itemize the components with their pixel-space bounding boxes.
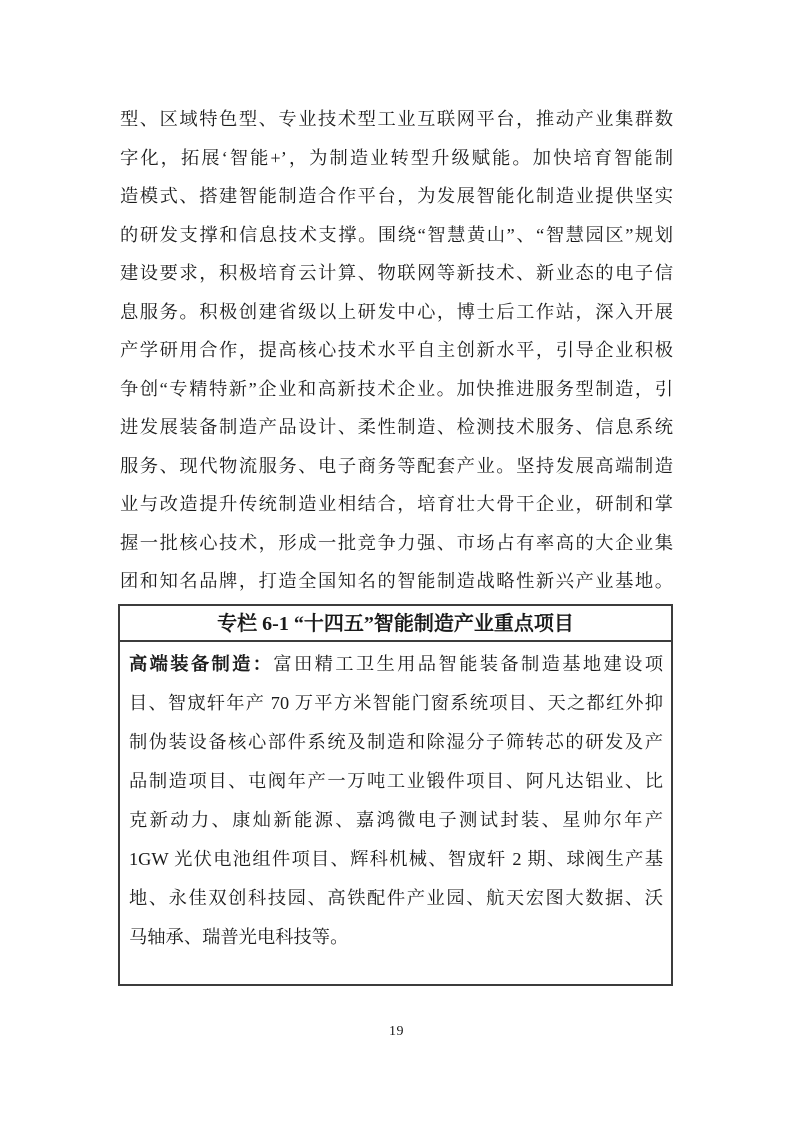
feature-box: 专栏 6-1 “十四五”智能制造产业重点项目 高端装备制造：富田精工卫生用品智能… bbox=[118, 604, 673, 986]
text-line: 克新动力、康灿新能源、嘉鸿微电子测试封装、星帅尔年产 bbox=[129, 801, 663, 840]
box-first-line-rest: 富田精工卫生用品智能装备制造基地建设项 bbox=[273, 654, 663, 674]
text-line: 制伪装设备核心部件系统及制造和除湿分子筛转芯的研发及产 bbox=[129, 723, 663, 762]
text-line: 进发展装备制造产品设计、柔性制造、检测技术服务、信息系统 bbox=[120, 408, 673, 447]
page-number: 19 bbox=[0, 1024, 793, 1040]
text-line: 的研发支撑和信息技术支撑。围绕“智慧黄山”、“智慧园区”规划 bbox=[120, 216, 673, 255]
text-line: 建设要求，积极培育云计算、物联网等新技术、新业态的电子信 bbox=[120, 254, 673, 293]
text-line: 造模式、搭建智能制造合作平台，为发展智能化制造业提供坚实 bbox=[120, 177, 673, 216]
text-line: 地、永佳双创科技园、高铁配件产业园、航天宏图大数据、沃 bbox=[129, 879, 663, 918]
text-line: 争创“专精特新”企业和高新技术企业。加快推进服务型制造，引 bbox=[120, 370, 673, 409]
text-line: 产学研用合作，提高核心技术水平自主创新水平，引导企业积极 bbox=[120, 331, 673, 370]
text-line: 服务、现代物流服务、电子商务等配套产业。坚持发展高端制造 bbox=[120, 447, 673, 486]
text-line: 品制造项目、屯阀年产一万吨工业锻件项目、阿凡达铝业、比 bbox=[129, 762, 663, 801]
text-line: 握一批核心技术，形成一批竞争力强、市场占有率高的大企业集 bbox=[120, 524, 673, 563]
box-lines: 目、智宬轩年产 70 万平方米智能门窗系统项目、天之都红外抑制伪装设备核心部件系… bbox=[129, 684, 663, 957]
box-title: 专栏 6-1 “十四五”智能制造产业重点项目 bbox=[120, 606, 671, 642]
text-line: 马轴承、瑞普光电科技等。 bbox=[129, 918, 663, 957]
text-line: 型、区域特色型、专业技术型工业互联网平台，推动产业集群数 bbox=[120, 100, 673, 139]
body-paragraph: 型、区域特色型、专业技术型工业互联网平台，推动产业集群数字化，拓展‘智能+’，为… bbox=[120, 100, 673, 601]
text-line: 字化，拓展‘智能+’，为制造业转型升级赋能。加快培育智能制 bbox=[120, 139, 673, 178]
box-section-label: 高端装备制造： bbox=[129, 654, 273, 674]
text-line: 团和知名品牌，打造全国知名的智能制造战略性新兴产业基地。 bbox=[120, 562, 673, 601]
box-content: 高端装备制造：富田精工卫生用品智能装备制造基地建设项 目、智宬轩年产 70 万平… bbox=[120, 642, 671, 984]
text-line: 息服务。积极创建省级以上研发中心，博士后工作站，深入开展 bbox=[120, 293, 673, 332]
box-first-line: 高端装备制造：富田精工卫生用品智能装备制造基地建设项 bbox=[129, 645, 663, 684]
text-line: 业与改造提升传统制造业相结合，培育壮大骨干企业，研制和掌 bbox=[120, 485, 673, 524]
text-line: 1GW 光伏电池组件项目、辉科机械、智宬轩 2 期、球阀生产基 bbox=[129, 840, 663, 879]
document-page: 型、区域特色型、专业技术型工业互联网平台，推动产业集群数字化，拓展‘智能+’，为… bbox=[0, 0, 793, 1122]
text-line: 目、智宬轩年产 70 万平方米智能门窗系统项目、天之都红外抑 bbox=[129, 684, 663, 723]
